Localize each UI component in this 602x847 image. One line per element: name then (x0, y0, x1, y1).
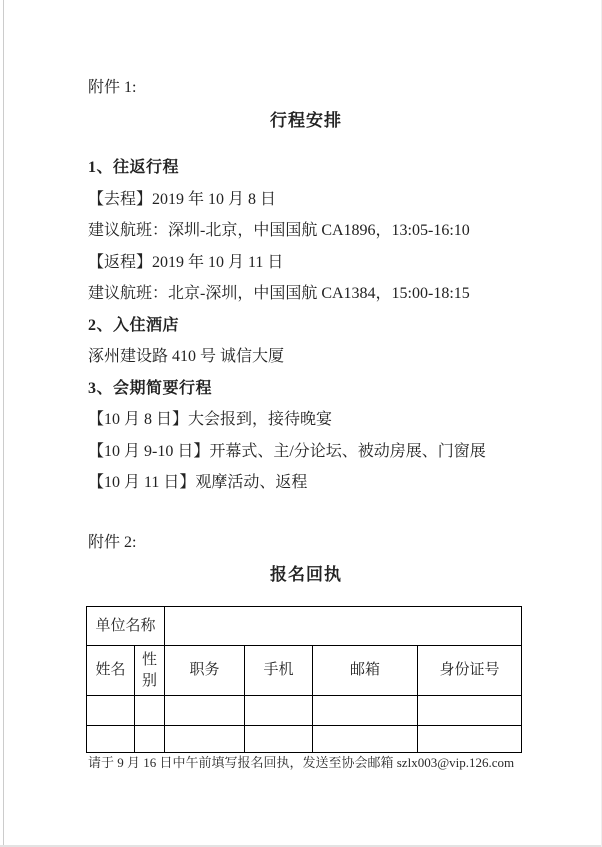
empty-cell (135, 696, 165, 726)
page-left-edge (3, 0, 4, 847)
col-header-gender: 性别 (135, 646, 165, 696)
document-page: 附件 1: 行程安排 1、往返行程 【去程】2019 年 10 月 8 日 建议… (0, 0, 602, 847)
schedule-day1-line: 【10 月 8 日】大会报到，接待晚宴 (88, 410, 332, 430)
attachment-1-label: 附件 1: (88, 78, 136, 98)
empty-cell (165, 696, 245, 726)
empty-cell (135, 726, 165, 753)
reply-form-title: 报名回执 (5, 564, 602, 586)
schedule-day3-line: 【10 月 11 日】观摩活动、返程 (88, 473, 307, 493)
section-2-heading: 2、入住酒店 (88, 316, 179, 336)
return-date-line: 【返程】2019 年 10 月 11 日 (88, 253, 283, 273)
table-header-row: 姓名 性别 职务 手机 邮箱 身份证号 (87, 646, 522, 696)
outbound-flight-line: 建议航班：深圳-北京，中国国航 CA1896，13:05-16:10 (88, 221, 470, 241)
empty-cell (418, 726, 522, 753)
section-1-heading: 1、往返行程 (88, 158, 179, 178)
empty-cell (165, 726, 245, 753)
empty-cell (418, 696, 522, 726)
empty-cell (87, 696, 135, 726)
col-header-mobile: 手机 (245, 646, 313, 696)
col-header-name: 姓名 (87, 646, 135, 696)
section-3-heading: 3、会期简要行程 (88, 379, 212, 399)
col-header-email: 邮箱 (313, 646, 418, 696)
company-name-label-cell: 单位名称 (87, 607, 165, 646)
empty-entry-row (87, 696, 522, 726)
empty-cell (245, 696, 313, 726)
empty-cell (313, 726, 418, 753)
empty-entry-row (87, 726, 522, 753)
company-name-value-cell (165, 607, 522, 646)
attachment-2-label: 附件 2: (88, 533, 136, 553)
company-name-row: 单位名称 (87, 607, 522, 646)
submission-note: 请于 9 月 16 日中午前填写报名回执，发送至协会邮箱 szlx003@vip… (88, 754, 514, 772)
empty-cell (245, 726, 313, 753)
outbound-date-line: 【去程】2019 年 10 月 8 日 (88, 190, 276, 210)
empty-cell (313, 696, 418, 726)
itinerary-title: 行程安排 (5, 110, 602, 132)
col-header-position: 职务 (165, 646, 245, 696)
col-header-id-number: 身份证号 (418, 646, 522, 696)
schedule-day2-line: 【10 月 9-10 日】开幕式、主/分论坛、被动房展、门窗展 (88, 442, 486, 462)
empty-cell (87, 726, 135, 753)
return-flight-line: 建议航班：北京-深圳，中国国航 CA1384，15:00-18:15 (88, 284, 470, 304)
hotel-address-line: 涿州建设路 410 号 诚信大厦 (88, 347, 284, 367)
registration-table: 单位名称 姓名 性别 职务 手机 邮箱 身份证号 (86, 606, 522, 753)
